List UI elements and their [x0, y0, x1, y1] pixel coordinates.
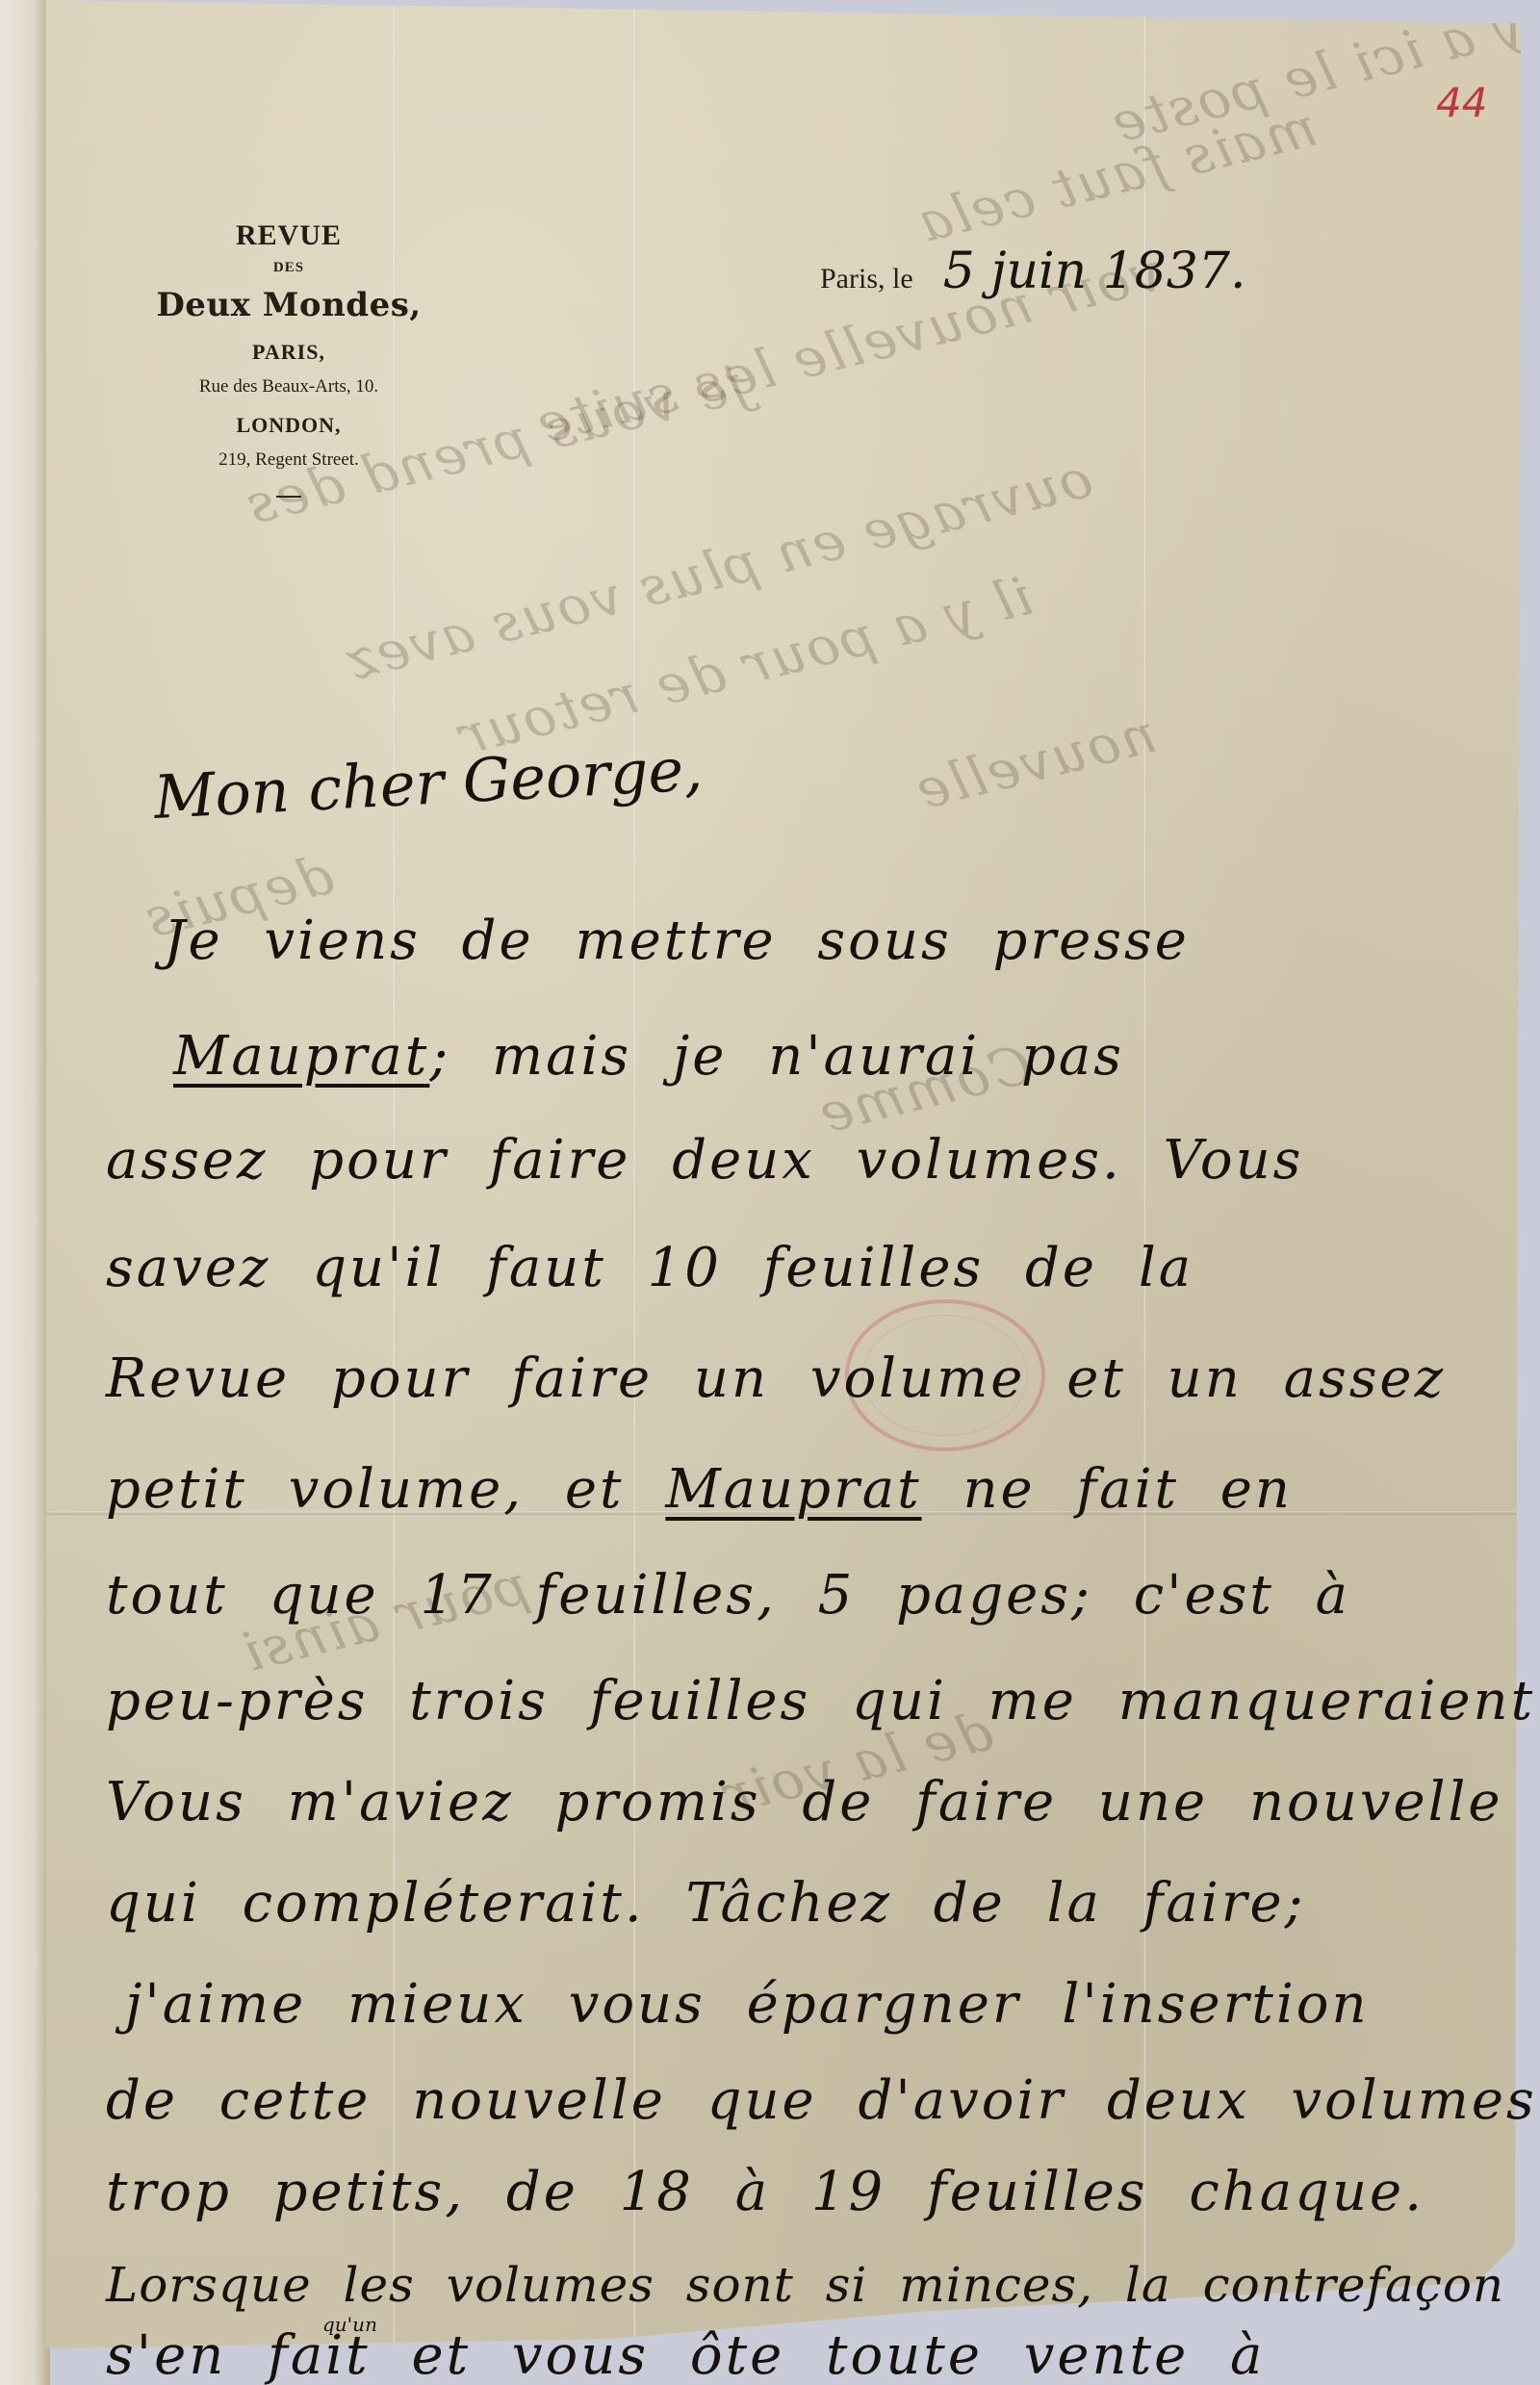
- letter-line: assez pour faire deux volumes. Vous: [106, 1129, 1303, 1192]
- letter-line: tout que 17 feuilles, 5 pages; c'est à: [106, 1564, 1350, 1627]
- interlinear-insertion: qu'un: [322, 2313, 377, 2336]
- letter-line: j'aime mieux vous épargner l'insertion: [125, 1973, 1370, 2036]
- dateline-printed: Paris, le: [820, 263, 913, 295]
- letter-line: Je viens de mettre sous presse: [164, 910, 1190, 972]
- letter-line: Vous m'aviez promis de faire une nouvell…: [106, 1771, 1503, 1834]
- letter-line: de cette nouvelle que d'avoir deux volum…: [106, 2069, 1537, 2132]
- title-mauprat: Mauprat: [665, 1458, 921, 1521]
- letter-line: savez qu'il faut 10 feuilles de la: [106, 1237, 1193, 1299]
- dateline: Paris, le 5 juin 1837.: [820, 243, 1246, 300]
- bleed-through-text: nouvelle: [909, 703, 1163, 823]
- letter-line: Revue pour faire un volume et un assez: [106, 1347, 1446, 1410]
- letter-line: peu-près trois feuilles qui me manquerai…: [106, 1670, 1540, 1732]
- dateline-date: 5 juin 1837.: [943, 243, 1246, 300]
- letter-line: qui compléterait. Tâchez de la faire;: [106, 1872, 1305, 1935]
- letterhead-des: DES: [144, 260, 433, 276]
- underlying-page-edge: [0, 0, 50, 2385]
- letterhead-title: Deux Mondes,: [144, 286, 433, 324]
- letterhead-city-paris: PARIS,: [144, 340, 433, 365]
- letterhead: REVUE DES Deux Mondes, PARIS, Rue des Be…: [144, 219, 433, 498]
- letter-line: Mauprat; mais je n'aurai pas: [173, 1025, 1124, 1088]
- letterhead-revue: REVUE: [144, 219, 433, 252]
- letterhead-address-london: 219, Regent Street.: [144, 449, 433, 471]
- letter-line: s'en fait et vous ôte toute vente à: [106, 2324, 1265, 2385]
- letter-line: Lorsque les volumes sont si minces, la c…: [106, 2257, 1504, 2313]
- letterhead-rule: [276, 496, 301, 498]
- letterhead-city-london: LONDON,: [144, 413, 433, 438]
- folio-number: 44: [1436, 79, 1487, 126]
- letterhead-address-paris: Rue des Beaux-Arts, 10.: [144, 376, 433, 397]
- letter-line: trop petits, de 18 à 19 feuilles chaque.: [106, 2161, 1424, 2223]
- title-mauprat: Mauprat: [173, 1025, 429, 1088]
- letter-line: petit volume, et Mauprat ne fait en: [106, 1458, 1293, 1521]
